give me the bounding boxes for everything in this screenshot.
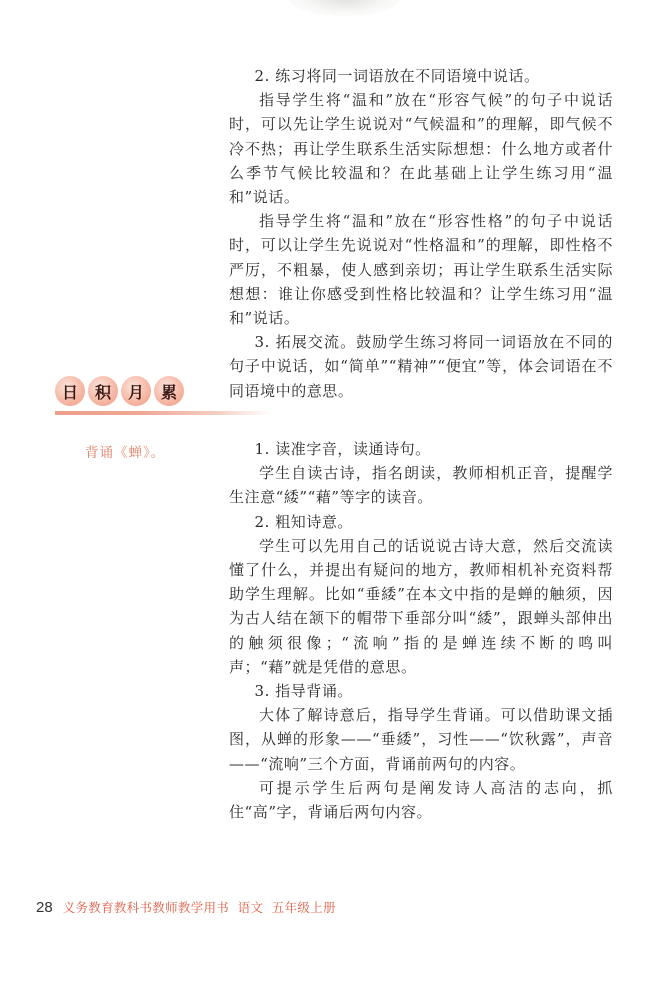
section-title-char: 积: [88, 376, 118, 406]
paragraph-meaning: 学生可以先用自己的话说说古诗大意，然后交流读懂了什么，并提出有疑问的地方，教师相…: [229, 534, 613, 679]
subheading-3: 3. 拓展交流。鼓励学生练习将同一词语放在不同的句子中说话，如“简单”“精神”“…: [229, 330, 613, 403]
book-title: 义务教育教科书教师教学用书 语文 五年级上册: [63, 898, 336, 916]
paragraph-recite-2: 可提示学生后两句是阐发诗人高洁的志向，抓住“高”字，背诵后两句内容。: [229, 776, 613, 824]
section-title-char: 月: [121, 376, 151, 406]
paragraph-personality: 指导学生将“温和”放在“形容性格”的句子中说话时，可以让学生先说说对“性格温和”…: [229, 209, 613, 330]
top-text-block: 2. 练习将同一词语放在不同语境中说话。 指导学生将“温和”放在“形容气候”的句…: [229, 64, 613, 403]
paragraph-climate: 指导学生将“温和”放在“形容气候”的句子中说话时，可以先让学生说说对“气候温和”…: [229, 88, 613, 209]
subheading-2: 2. 粗知诗意。: [229, 510, 613, 534]
section-header-riji-yuelei: 日 积 月 累: [55, 376, 275, 416]
page-footer: 28 义务教育教科书教师教学用书 语文 五年级上册: [36, 898, 336, 916]
side-note: 背诵《蝉》。: [85, 441, 165, 461]
section-title-char: 累: [154, 376, 184, 406]
paragraph-recite: 大体了解诗意后，指导学生背诵。可以借助课文插图，从蝉的形象——“垂緌”，习性——…: [229, 703, 613, 776]
scan-smudge: [290, 0, 400, 16]
section-title-char: 日: [55, 376, 85, 406]
section-divider: [55, 411, 270, 415]
section-text-block: 1. 读准字音，读通诗句。 学生自读古诗，指名朗读，教师相机正音，提醒学生注意“…: [229, 437, 613, 824]
section-title: 日 积 月 累: [55, 376, 275, 406]
subheading-2: 2. 练习将同一词语放在不同语境中说话。: [229, 64, 613, 88]
subheading-1: 1. 读准字音，读通诗句。: [229, 437, 613, 461]
page-number: 28: [36, 899, 53, 916]
paragraph-reading: 学生自读古诗，指名朗读，教师相机正音，提醒学生注意“緌”“藉”等字的读音。: [229, 461, 613, 509]
subheading-3: 3. 指导背诵。: [229, 679, 613, 703]
